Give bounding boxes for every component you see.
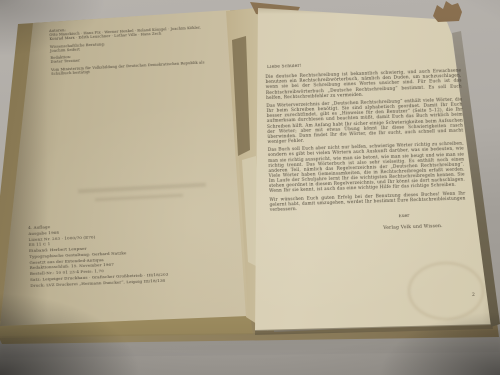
foreword-paragraph: Wir wünschen Euch guten Erfolg bei der B… [269, 191, 465, 213]
foreword-paragraph: Das Wörterverzeichnis der „Deutschen Rec… [266, 97, 463, 145]
foreword-paragraph: Die deutsche Rechtschreibung ist bekannt… [265, 69, 462, 101]
foreword-block: Liebe Schüler! Die deutsche Rechtschreib… [265, 59, 466, 216]
book-photo: Autoren: Otto Mauckisch · Hans Fix · Wer… [0, 0, 500, 375]
foreword-paragraphs: Die deutsche Rechtschreibung ist bekannt… [265, 69, 465, 213]
colophon-authors-block: Autoren: Otto Mauckisch · Hans Fix · Wer… [49, 20, 233, 76]
imprint-block: 4. Auflage Ausgabe 1968 Lizenz Nr. 203 ·… [28, 218, 212, 288]
foreword-paragraph: Das Buch soll Euch aber nicht nur helfen… [268, 142, 465, 195]
page-number: 2 [472, 293, 475, 298]
stain-ring [408, 262, 484, 320]
